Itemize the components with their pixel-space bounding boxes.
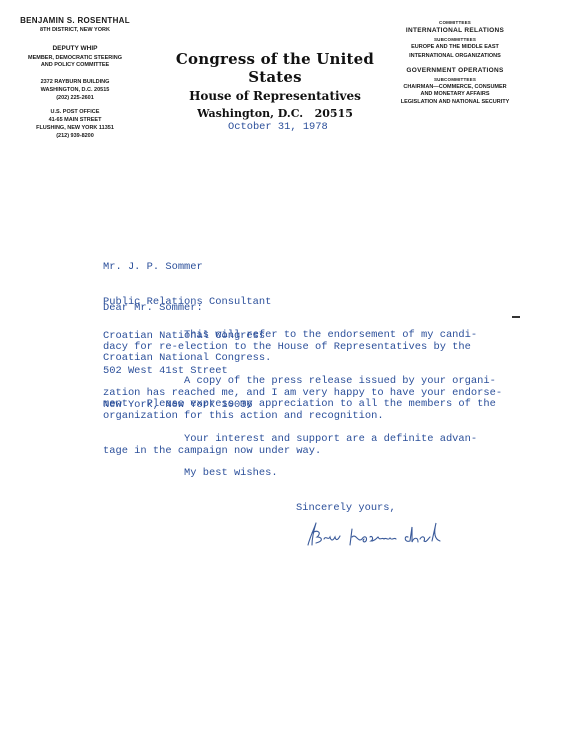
subcommittees-label: SUBCOMMITTEES	[390, 77, 520, 82]
member-role: DEPUTY WHIP	[0, 45, 150, 52]
letterhead-title: Congress of the United States	[150, 50, 400, 86]
committees-label: COMMITTEES	[390, 20, 520, 25]
local-office-phone: (212) 939-8200	[0, 132, 150, 140]
subcommittee-name: INTERNATIONAL ORGANIZATIONS	[390, 53, 520, 60]
closing: Sincerely yours,	[296, 503, 396, 515]
letterhead-right: COMMITTEES INTERNATIONAL RELATIONS SUBCO…	[390, 20, 520, 106]
stray-mark	[512, 316, 520, 318]
member-committee-line2: AND POLICY COMMITTEE	[0, 62, 150, 69]
subcommittee-name: LEGISLATION AND NATIONAL SECURITY	[390, 99, 520, 106]
committee-name: GOVERNMENT OPERATIONS	[390, 67, 520, 74]
local-office-line: U.S. Post Office	[0, 108, 150, 116]
letterhead-subtitle: House of Representatives	[150, 89, 400, 103]
committee-name: INTERNATIONAL RELATIONS	[390, 27, 520, 34]
body-paragraph: Your interest and support are a definite…	[103, 434, 477, 457]
body-paragraph: My best wishes.	[103, 468, 278, 480]
subcommittees-label: SUBCOMMITTEES	[390, 37, 520, 42]
letterhead-left: BENJAMIN S. ROSENTHAL 8th District, New …	[0, 16, 150, 140]
letter-date: October 31, 1978	[228, 122, 328, 134]
body-paragraph: This will refer to the endorsement of my…	[103, 330, 477, 365]
dc-office-phone: (202) 225-2601	[0, 94, 150, 102]
salutation: Dear Mr. Sommer:	[103, 303, 203, 315]
addressee-line: Mr. J. P. Sommer	[103, 262, 271, 274]
local-office-line: 41-65 Main Street	[0, 116, 150, 124]
local-office-address: U.S. Post Office 41-65 Main Street Flush…	[0, 108, 150, 140]
body-paragraph: A copy of the press release issued by yo…	[103, 376, 502, 422]
member-name: BENJAMIN S. ROSENTHAL	[0, 16, 150, 25]
signature-icon	[300, 515, 450, 555]
member-district: 8th District, New York	[0, 27, 150, 33]
local-office-line: Flushing, New York 11351	[0, 124, 150, 132]
subcommittee-name: EUROPE AND THE MIDDLE EAST	[390, 44, 520, 51]
dc-office-line: Washington, D.C. 20515	[0, 86, 150, 94]
dc-office-address: 2372 Rayburn Building Washington, D.C. 2…	[0, 78, 150, 102]
signature	[300, 515, 450, 555]
letterhead-location: Washington, D.C. 20515	[150, 107, 400, 120]
subcommittee-name: AND MONETARY AFFAIRS	[390, 91, 520, 98]
letterhead-center: Congress of the United States House of R…	[150, 50, 400, 120]
subcommittee-name: CHAIRMAN—COMMERCE, CONSUMER	[390, 84, 520, 91]
dc-office-line: 2372 Rayburn Building	[0, 78, 150, 86]
